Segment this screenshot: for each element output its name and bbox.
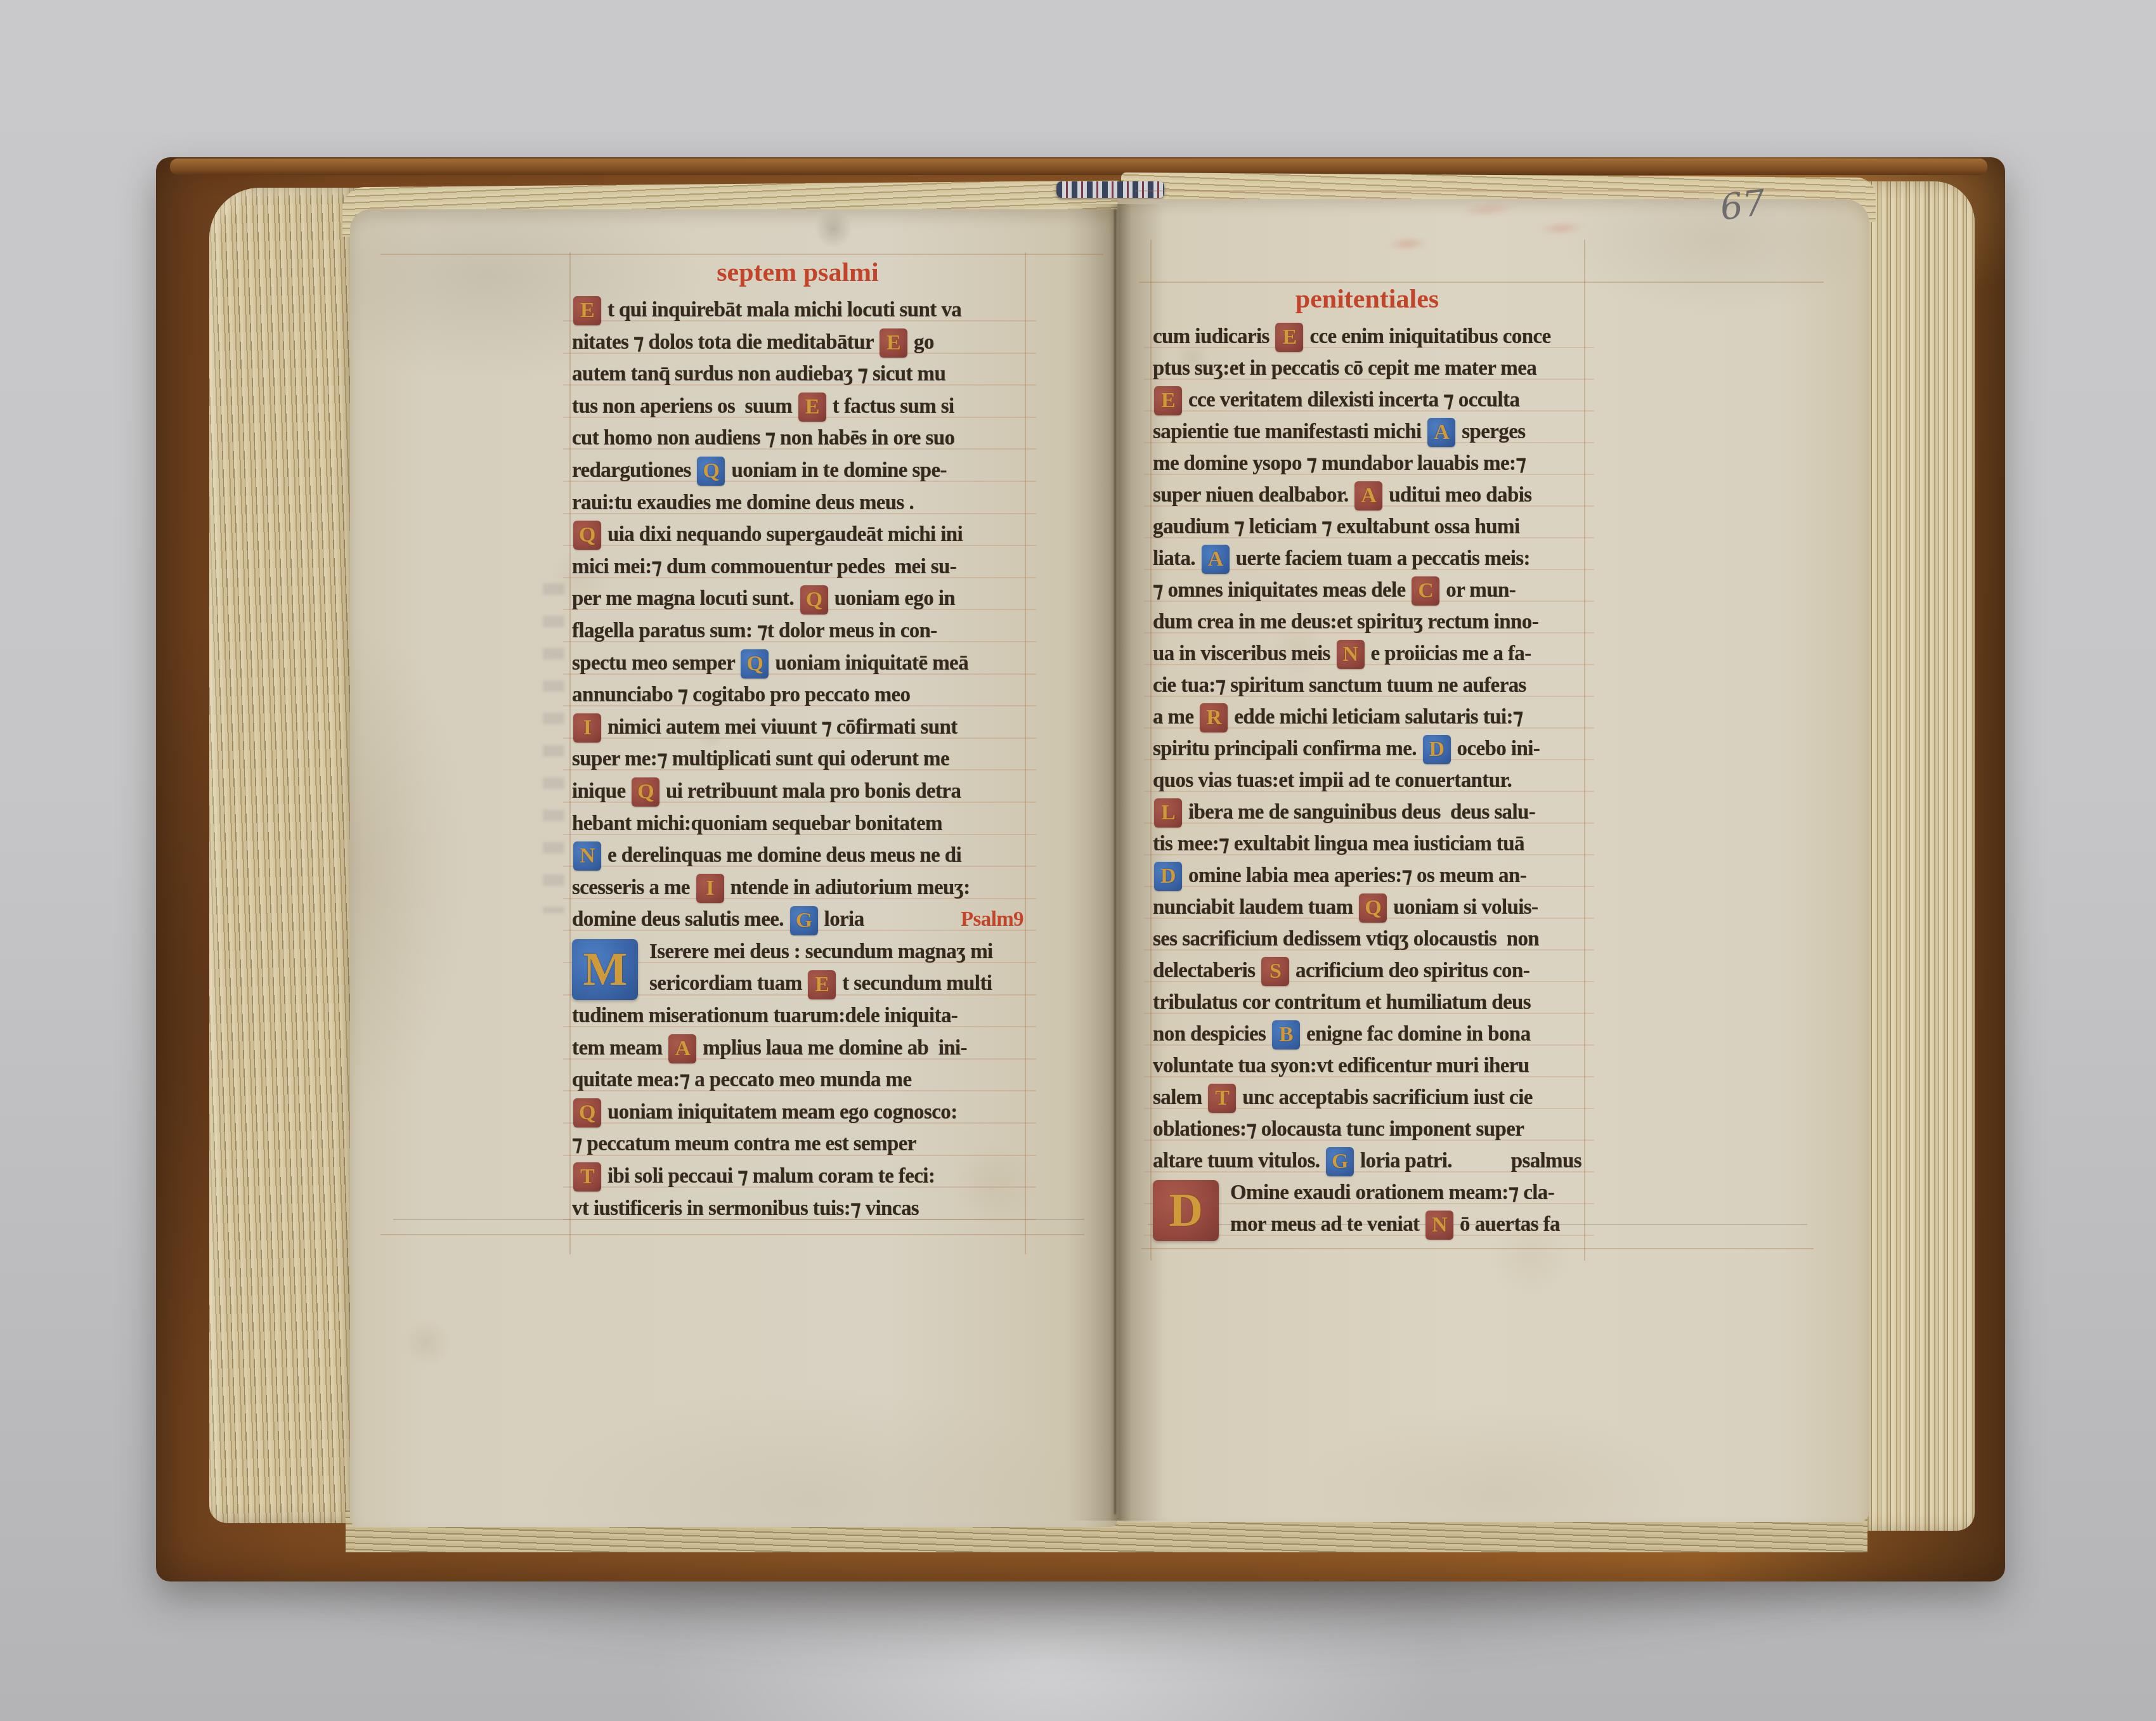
text-line: Et qui inquirebāt mala michi locuti sunt… (572, 295, 1023, 328)
sewn-headband (1056, 181, 1164, 198)
text-line: Libera me de sanguinibus deus deus salu- (1153, 798, 1581, 829)
text-run: delectaberis (1153, 956, 1260, 985)
text-run: ntende in adiutorium meuʒ: (731, 873, 970, 902)
text-line: spiritu principali confirma me. Docebo i… (1153, 734, 1581, 766)
illuminated-initial: T (573, 1162, 601, 1192)
illuminated-initial: E (573, 296, 601, 325)
text-run: domine deus salutis mee. (572, 905, 789, 934)
text-run: tis mee:⁊ exultabit lingua mea iusticiam… (1153, 829, 1524, 859)
left-page-edge-stack (209, 188, 360, 1523)
text-run: uia dixi nequando supergaudeāt michi ini (607, 520, 963, 549)
text-run: ses sacrificium dedissem vtiqʒ olocausti… (1153, 925, 1539, 954)
text-run: loria patri. (1360, 1146, 1452, 1176)
text-run: unc acceptabis sacrificium iust cie (1242, 1083, 1532, 1112)
illuminated-initial: Q (741, 649, 769, 679)
text-run: t secundum multi (842, 969, 992, 998)
illuminated-initial: R (1200, 703, 1228, 732)
text-run: uerte faciem tuam a peccatis meis: (1236, 544, 1530, 573)
text-line: tis mee:⁊ exultabit lingua mea iusticiam… (1153, 829, 1581, 861)
text-run: quitate mea:⁊ a peccato meo munda me (572, 1065, 912, 1094)
text-run: raui:tu exaudies me domine deus meus . (572, 488, 914, 517)
text-line: vt iustificeris in sermonibus tuis:⁊ vin… (572, 1194, 1023, 1226)
illuminated-initial: B (1272, 1020, 1300, 1049)
text-run: voluntate tua syon:vt edificentur muri i… (1153, 1051, 1529, 1081)
text-line: Quoniam iniquitatem meam ego cognosco: (572, 1098, 1023, 1130)
illuminated-initial: Q (1359, 893, 1387, 923)
text-line: Inimici autem mei viuunt ⁊ cōfirmati sun… (572, 713, 1023, 745)
text-line: voluntate tua syon:vt edificentur muri i… (1153, 1051, 1581, 1083)
text-run: redargutiones (572, 456, 696, 485)
illuminated-initial: E (1154, 386, 1182, 415)
text-run: oblationes:⁊ olocausta tunc imponent sup… (1153, 1115, 1524, 1144)
text-line: ⁊ omnes iniquitates meas dele Cor mun- (1153, 576, 1581, 607)
text-line: autem tanq̄ surdus non audiebaʒ ⁊ sicut … (572, 360, 1023, 392)
text-run: mplius laua me domine ab ini- (703, 1034, 967, 1063)
text-line: cum iudicaris Ecce enim iniquitatibus co… (1153, 322, 1581, 354)
text-line: super niuen dealbabor. Auditui meo dabis (1153, 481, 1581, 512)
text-line: salem Tunc acceptabis sacrificium iust c… (1153, 1083, 1581, 1115)
text-run: enigne fac domine in bona (1306, 1020, 1531, 1049)
text-line: tudinem miserationum tuarum:dele iniquit… (572, 1001, 1023, 1034)
ruled-line (569, 252, 571, 1254)
text-run: uoniam si voluis- (1393, 893, 1538, 922)
left-page-lines: Et qui inquirebāt mala michi locuti sunt… (572, 295, 1023, 1226)
text-run: uoniam ego in (834, 584, 955, 613)
illuminated-initial: S (1261, 957, 1289, 986)
text-run: ui retribuunt mala pro bonis detra (666, 777, 961, 806)
text-run: psalmus (1511, 1146, 1581, 1176)
illuminated-initial: A (668, 1034, 696, 1063)
illuminated-initial: A (1427, 418, 1455, 447)
text-line: tem meam Amplius laua me domine ab ini- (572, 1034, 1023, 1066)
text-run: ptus suʒ:et in peccatis cō cepit me mate… (1153, 354, 1536, 383)
text-line: quos vias tuas:et impii ad te conuertant… (1153, 766, 1581, 798)
illuminated-initial: E (808, 970, 836, 999)
text-line: Ecce veritatem dilexisti incerta ⁊ occul… (1153, 386, 1581, 417)
illuminated-initial: I (696, 874, 724, 903)
left-page-text-block: septem psalmi Et qui inquirebāt mala mic… (572, 256, 1023, 1226)
text-run: t qui inquirebāt mala michi locuti sunt … (607, 295, 961, 325)
text-run: quos vias tuas:et impii ad te conuertant… (1153, 766, 1512, 795)
text-run: Iserere mei deus : secundum magnaʒ mi (649, 937, 993, 966)
text-run: cce veritatem dilexisti incerta ⁊ occult… (1188, 386, 1519, 415)
rubric-text: Psalm9 (961, 905, 1023, 934)
text-run: nunciabit laudem tuam (1153, 893, 1358, 922)
text-run: mici mei:⁊ dum commouentur pedes mei su- (572, 552, 956, 581)
text-line: gaudium ⁊ leticiam ⁊ exultabunt ossa hum… (1153, 512, 1581, 544)
illuminated-initial: D (1423, 735, 1451, 764)
text-run: cut homo non audiens ⁊ non habēs in ore … (572, 424, 954, 453)
text-line: super me:⁊ multiplicati sunt qui oderunt… (572, 744, 1023, 777)
text-line: mici mei:⁊ dum commouentur pedes mei su- (572, 552, 1023, 585)
text-line: me domine ysopo ⁊ mundabor lauabis me:⁊ (1153, 449, 1581, 481)
text-line: Ne derelinquas me domine deus meus ne di (572, 841, 1023, 873)
text-line: sericordiam tuam Et secundum multi (572, 969, 1023, 1001)
running-header-right: penitentiales (1153, 283, 1581, 318)
text-run: ⁊ omnes iniquitates meas dele (1153, 576, 1410, 605)
text-run: mor meus ad te veniat (1230, 1210, 1424, 1239)
text-run: flagella paratus sum: ⁊t dolor meus in c… (572, 616, 937, 646)
text-run: scesseris a me (572, 873, 695, 902)
text-line: liata. Auerte faciem tuam a peccatis mei… (1153, 544, 1581, 576)
illuminated-initial: E (880, 328, 907, 358)
text-line: MIserere mei deus : secundum magnaʒ mi (572, 937, 1023, 970)
text-line: ⁊ peccatum meum contra me est semper (572, 1129, 1023, 1162)
text-run: or mun- (1446, 576, 1516, 605)
text-run: go (914, 328, 934, 357)
illuminated-initial: Q (697, 457, 725, 486)
text-run: nitates ⁊ dolos tota die meditabātur (572, 328, 878, 357)
text-line: altare tuum vitulos. Gloria patri.psalmu… (1153, 1146, 1581, 1178)
text-line: tribulatus cor contritum et humiliatum d… (1153, 988, 1581, 1020)
illuminated-initial: G (1326, 1147, 1354, 1176)
ruled-line (1025, 252, 1026, 1254)
text-run: cce enim iniquitatibus conce (1309, 322, 1550, 351)
text-run: ⁊ peccatum meum contra me est semper (572, 1129, 916, 1159)
illuminated-initial: Q (573, 521, 601, 550)
text-line: inique Qui retribuunt mala pro bonis det… (572, 777, 1023, 809)
text-line: DOmine exaudi orationem meam:⁊ cla- (1153, 1178, 1581, 1210)
text-run: non despicies (1153, 1020, 1271, 1049)
text-line: oblationes:⁊ olocausta tunc imponent sup… (1153, 1115, 1581, 1146)
text-run: liata. (1153, 544, 1200, 573)
text-line: sapientie tue manifestasti michi Asperge… (1153, 417, 1581, 449)
illuminated-initial: Q (800, 585, 828, 614)
illuminated-initial: N (1337, 640, 1365, 669)
illuminated-initial: Q (632, 777, 659, 807)
text-run: ibera me de sanguinibus deus deus salu- (1188, 798, 1535, 827)
text-run: cum iudicaris (1153, 322, 1274, 351)
illuminated-initial: C (1412, 576, 1439, 606)
ruled-line (1141, 1248, 1814, 1249)
text-run: sericordiam tuam (649, 969, 807, 998)
text-run: e derelinquas me domine deus meus ne di (607, 841, 961, 870)
ruled-line (1150, 240, 1152, 1261)
text-line: non despicies Benigne fac domine in bona (1153, 1020, 1581, 1051)
text-run: altare tuum vitulos. (1153, 1146, 1325, 1176)
text-line: ua in visceribus meis Ne proiicias me a … (1153, 639, 1581, 671)
text-run: uoniam iniquitatem meam ego cognosco: (607, 1098, 958, 1127)
text-run: tudinem miserationum tuarum:dele iniquit… (572, 1001, 958, 1030)
text-run: salem (1153, 1083, 1207, 1112)
text-run: vt iustificeris in sermonibus tuis:⁊ vin… (572, 1194, 919, 1223)
text-run: edde michi leticiam salutaris tui:⁊ (1234, 703, 1523, 732)
right-page-text-block: penitentiales cum iudicaris Ecce enim in… (1153, 283, 1581, 1242)
text-run: uoniam iniquitatē meā (775, 649, 968, 678)
text-line: tus non aperiens os suum Et factus sum s… (572, 392, 1023, 424)
illuminated-initial: E (1275, 323, 1303, 352)
text-run: Omine exaudi orationem meam:⁊ cla- (1230, 1178, 1554, 1207)
text-run: a me (1153, 703, 1198, 732)
text-run: per me magna locuti sunt. (572, 584, 799, 613)
text-run: autem tanq̄ surdus non audiebaʒ ⁊ sicut … (572, 360, 945, 389)
text-line: Quia dixi nequando supergaudeāt michi in… (572, 520, 1023, 552)
text-line: per me magna locuti sunt. Quoniam ego in (572, 584, 1023, 616)
text-run: sperges (1462, 417, 1525, 446)
illuminated-initial: I (573, 713, 601, 743)
text-line: hebant michi:quoniam sequebar bonitatem (572, 809, 1023, 841)
text-run: annunciabo ⁊ cogitabo pro peccato meo (572, 680, 911, 710)
text-run: hebant michi:quoniam sequebar bonitatem (572, 809, 942, 838)
ink-bleedthrough-marks (543, 583, 564, 913)
text-line: redargutiones Quoniam in te domine spe- (572, 456, 1023, 488)
illuminated-initial: A (1202, 545, 1230, 574)
text-run: tus non aperiens os suum (572, 392, 797, 421)
text-line: domine deus salutis mee. GloriaPsalm9 (572, 905, 1023, 937)
illuminated-initial: G (790, 906, 818, 935)
text-run: super me:⁊ multiplicati sunt qui oderunt… (572, 744, 949, 774)
text-run: gaudium ⁊ leticiam ⁊ exultabunt ossa hum… (1153, 512, 1519, 542)
illuminated-initial: E (798, 393, 826, 422)
text-run: e proiicias me a fa- (1371, 639, 1531, 668)
text-run: me domine ysopo ⁊ mundabor lauabis me:⁊ (1153, 449, 1526, 478)
text-run: tem meam (572, 1034, 667, 1063)
text-line: raui:tu exaudies me domine deus meus . (572, 488, 1023, 521)
text-line: flagella paratus sum: ⁊t dolor meus in c… (572, 616, 1023, 649)
illuminated-initial: L (1154, 798, 1182, 828)
text-line: Domine labia mea aperies:⁊ os meum an- (1153, 861, 1581, 893)
text-run: ua in visceribus meis (1153, 639, 1335, 668)
illuminated-initial: A (1354, 481, 1382, 510)
text-run: t factus sum si (833, 392, 954, 421)
text-line: spectu meo semper Quoniam iniquitatē meā (572, 649, 1023, 681)
text-run: nimici autem mei viuunt ⁊ cōfirmati sunt (607, 713, 958, 742)
text-run: ō auertas fa (1460, 1210, 1560, 1239)
illuminated-initial: Q (573, 1098, 601, 1127)
leather-spine-top-edge (170, 159, 1987, 175)
text-line: cie tua:⁊ spiritum sanctum tuum ne aufer… (1153, 671, 1581, 703)
text-run: inique (572, 777, 630, 806)
photograph-of-open-book: 67 septem psalmi Et qui inquirebāt mala … (0, 0, 2156, 1721)
text-line: ses sacrificium dedissem vtiqʒ olocausti… (1153, 925, 1581, 956)
text-line: dum crea in me deus:et spirituʒ rectum i… (1153, 607, 1581, 639)
right-page-lines: cum iudicaris Ecce enim iniquitatibus co… (1153, 322, 1581, 1242)
text-line: Tibi soli peccaui ⁊ malum coram te feci: (572, 1162, 1023, 1194)
text-run: spiritu principali confirma me. (1153, 734, 1422, 763)
ruled-line (380, 1234, 1084, 1235)
text-run: dum crea in me deus:et spirituʒ rectum i… (1153, 607, 1538, 637)
text-line: quitate mea:⁊ a peccato meo munda me (572, 1065, 1023, 1098)
text-run: uditui meo dabis (1389, 481, 1531, 510)
text-run: tribulatus cor contritum et humiliatum d… (1153, 988, 1531, 1017)
gutter-crease (1114, 209, 1116, 1514)
illuminated-initial: D (1154, 862, 1182, 891)
text-run: ocebo ini- (1457, 734, 1540, 763)
text-run: spectu meo semper (572, 649, 739, 678)
text-line: scesseris a me Intende in adiutorium meu… (572, 873, 1023, 906)
text-run: super niuen dealbabor. (1153, 481, 1353, 510)
illuminated-initial: N (1425, 1211, 1453, 1240)
ruled-line (380, 254, 1103, 255)
text-run: loria (824, 905, 864, 934)
text-line: a me Redde michi leticiam salutaris tui:… (1153, 703, 1581, 734)
running-header-left: septem psalmi (572, 256, 1023, 292)
text-run: omine labia mea aperies:⁊ os meum an- (1188, 861, 1526, 890)
text-line: nitates ⁊ dolos tota die meditabātur Ego (572, 328, 1023, 360)
text-run: cie tua:⁊ spiritum sanctum tuum ne aufer… (1153, 671, 1526, 700)
text-line: mor meus ad te veniat Nō auertas fa (1153, 1210, 1581, 1242)
ruled-line (1584, 240, 1585, 1261)
text-run: ibi soli peccaui ⁊ malum coram te feci: (607, 1162, 935, 1191)
text-line: cut homo non audiens ⁊ non habēs in ore … (572, 424, 1023, 456)
text-run: uoniam in te domine spe- (731, 456, 946, 485)
text-line: ptus suʒ:et in peccatis cō cepit me mate… (1153, 354, 1581, 386)
illuminated-initial: T (1208, 1084, 1236, 1113)
illuminated-initial: N (573, 841, 601, 871)
text-line: annunciabo ⁊ cogitabo pro peccato meo (572, 680, 1023, 713)
text-run: sapientie tue manifestasti michi (1153, 417, 1426, 446)
text-run: acrificium deo spiritus con- (1296, 956, 1529, 985)
text-line: delectaberis Sacrificium deo spiritus co… (1153, 956, 1581, 988)
text-line: nunciabit laudem tuam Quoniam si voluis- (1153, 893, 1581, 925)
